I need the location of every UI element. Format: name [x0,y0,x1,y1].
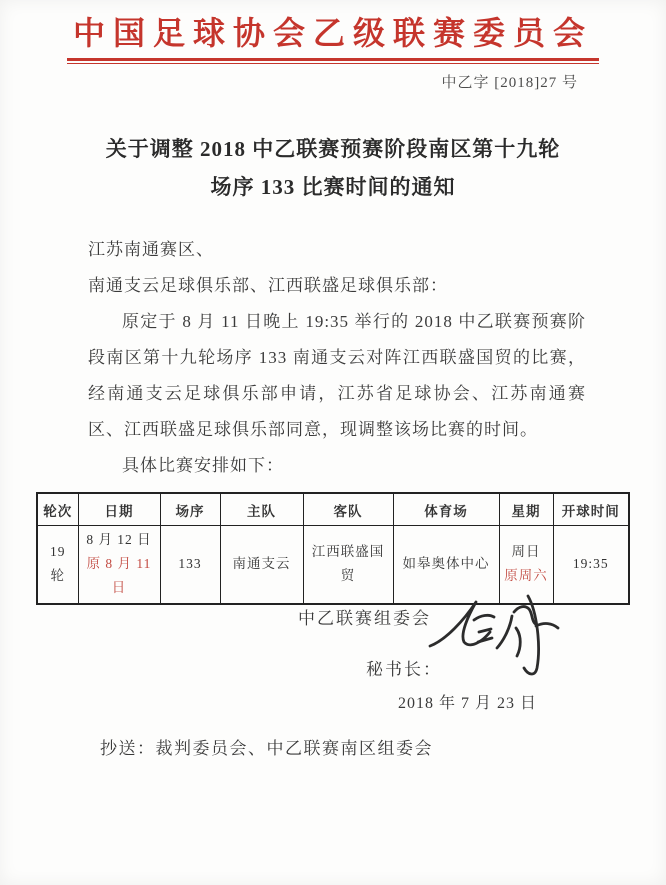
letterhead: 中国足球协会乙级联赛委员会 [0,0,666,61]
org-title: 中国足球协会乙级联赛委员会 [73,14,593,52]
document-title-line2: 场序 133 比赛时间的通知 [0,168,666,206]
handwritten-signature [424,582,574,686]
cell-home-team: 南通支云 [220,525,303,603]
col-header-weekday: 星期 [499,493,553,525]
cc-recipients: 抄送：裁判委员会、中乙联赛南区组委会 [100,734,433,759]
body-paragraph: 原定于 8 月 11 日晚上 19:35 举行的 2018 中乙联赛预赛阶段南区… [88,304,586,448]
scanned-notice-document: 中国足球协会乙级联赛委员会 中乙字 [2018]27 号 关于调整 2018 中… [0,0,666,885]
col-header-home: 主队 [220,493,303,525]
date-new: 8 月 12 日 [83,528,156,552]
col-header-away: 客队 [303,493,393,525]
cell-round: 19 轮 [37,525,78,603]
cell-date: 8 月 12 日 原 8 月 11 日 [78,525,160,603]
doc-number: 中乙字 [2018]27 号 [0,71,578,92]
col-header-match-no: 场序 [160,493,220,525]
document-title: 关于调整 2018 中乙联赛预赛阶段南区第十九轮 场序 133 比赛时间的通知 [0,130,666,206]
signature-date: 2018 年 7 月 23 日 [398,690,537,713]
weekday-new: 周日 [504,540,549,564]
col-header-kickoff: 开球时间 [553,493,629,525]
col-header-round: 轮次 [37,493,78,525]
date-old-revision: 原 8 月 11 日 [83,552,156,601]
document-title-line1: 关于调整 2018 中乙联赛预赛阶段南区第十九轮 [0,130,666,168]
table-header-row: 轮次 日期 场序 主队 客队 体育场 星期 开球时间 [37,493,629,525]
col-header-date: 日期 [78,493,160,525]
salutation-line-1: 江苏南通赛区、 [88,232,586,268]
issuing-committee: 中乙联赛组委会 [298,604,431,629]
letterhead-double-underline: 中国足球协会乙级联赛委员会 [67,14,599,61]
cell-match-no: 133 [160,525,220,603]
cell-away-team: 江西联盛国贸 [303,525,393,603]
salutation-line-2: 南通支云足球俱乐部、江西联盛足球俱乐部： [88,268,586,304]
document-body: 江苏南通赛区、 南通支云足球俱乐部、江西联盛足球俱乐部： 原定于 8 月 11 … [88,232,586,484]
col-header-stadium: 体育场 [393,493,499,525]
schedule-intro: 具体比赛安排如下： [88,448,586,484]
